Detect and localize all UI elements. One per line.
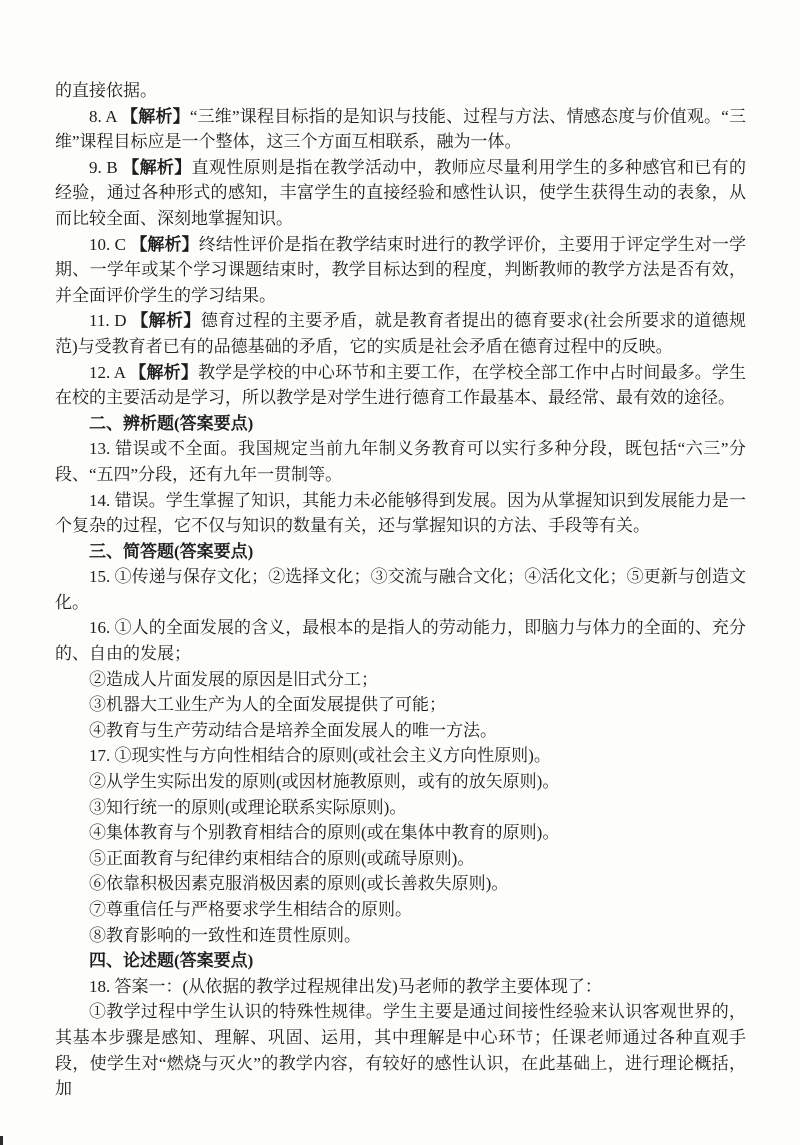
text-run: 17. ①现实性与方向性相结合的原则(或社会主义方向性原则)。 xyxy=(89,746,551,765)
text-run: 11. D xyxy=(89,311,131,330)
bold-text-run: 【解析】 xyxy=(131,311,201,330)
paragraph: 9. B 【解析】直观性原则是指在教学活动中，教师应尽量利用学生的多种感官和已有… xyxy=(55,155,746,232)
paragraph: ④集体教育与个别教育相结合的原则(或在集体中教育的原则)。 xyxy=(55,820,746,846)
paragraph: 10. C 【解析】终结性评价是指在教学结束时进行的教学评价，主要用于评定学生对… xyxy=(55,232,746,309)
paragraph: ⑧教育影响的一致性和连贯性原则。 xyxy=(55,923,746,949)
text-run: 的直接依据。 xyxy=(55,81,157,100)
bold-text-run: 二、辨析题(答案要点) xyxy=(89,414,253,433)
paragraph: 16. ①人的全面发展的含义，最根本的是指人的劳动能力，即脑力与体力的全面的、充… xyxy=(55,615,746,666)
paragraph: ⑤正面教育与纪律约束相结合的原则(或疏导原则)。 xyxy=(55,846,746,872)
text-run: ③知行统一的原则(或理论联系实际原则)。 xyxy=(89,798,406,817)
paragraph: ②从学生实际出发的原则(或因材施教原则，或有的放矢原则)。 xyxy=(55,769,746,795)
paragraph: 的直接依据。 xyxy=(55,78,746,104)
paragraph: ③知行统一的原则(或理论联系实际原则)。 xyxy=(55,795,746,821)
section-heading: 四、论述题(答案要点) xyxy=(55,948,746,974)
paragraph: ⑦尊重信任与严格要求学生相结合的原则。 xyxy=(55,897,746,923)
text-run: 10. C xyxy=(89,235,130,254)
paragraph: 17. ①现实性与方向性相结合的原则(或社会主义方向性原则)。 xyxy=(55,743,746,769)
text-run: ⑦尊重信任与严格要求学生相结合的原则。 xyxy=(89,900,412,919)
text-run: ④教育与生产劳动结合是培养全面发展人的唯一方法。 xyxy=(89,721,497,740)
paragraph: 12. A 【解析】教学是学校的中心环节和主要工作，在学校全部工作中占时间最多。… xyxy=(55,360,746,411)
text-run: ⑥依靠积极因素克服消极因素的原则(或长善救失原则)。 xyxy=(89,874,508,893)
text-run: 9. B xyxy=(89,158,122,177)
text-run: ③机器大工业生产为人的全面发展提供了可能； xyxy=(89,695,446,714)
paragraph: ⑥依靠积极因素克服消极因素的原则(或长善救失原则)。 xyxy=(55,871,746,897)
paragraph: 18. 答案一：(从依据的教学过程规律出发)马老师的教学主要体现了： xyxy=(55,974,746,1000)
text-run: 13. 错误或不全面。我国规定当前九年制义务教育可以实行多种分段，既包括“六三”… xyxy=(55,439,746,484)
text-run: ①教学过程中学生认识的特殊性规律。学生主要是通过间接性经验来认识客观世界的，其基… xyxy=(55,1002,746,1098)
bold-text-run: 【解析】 xyxy=(129,363,198,382)
text-run: ④集体教育与个别教育相结合的原则(或在集体中教育的原则)。 xyxy=(89,823,559,842)
scanned-page: 的直接依据。8. A 【解析】“三维”课程目标指的是知识与技能、过程与方法、情感… xyxy=(0,0,800,1145)
paragraph: 13. 错误或不全面。我国规定当前九年制义务教育可以实行多种分段，既包括“六三”… xyxy=(55,436,746,487)
text-run: 18. 答案一：(从依据的教学过程规律出发)马老师的教学主要体现了： xyxy=(89,977,602,996)
bold-text-run: 【解析】 xyxy=(121,107,190,126)
document-body: 的直接依据。8. A 【解析】“三维”课程目标指的是知识与技能、过程与方法、情感… xyxy=(55,78,746,1102)
bold-text-run: 【解析】 xyxy=(122,158,191,177)
text-run: 8. A xyxy=(89,107,121,126)
paragraph: ④教育与生产劳动结合是培养全面发展人的唯一方法。 xyxy=(55,718,746,744)
text-run: ⑧教育影响的一致性和连贯性原则。 xyxy=(89,926,361,945)
bold-text-run: 三、简答题(答案要点) xyxy=(89,542,253,561)
paragraph: ③机器大工业生产为人的全面发展提供了可能； xyxy=(55,692,746,718)
paragraph: 8. A 【解析】“三维”课程目标指的是知识与技能、过程与方法、情感态度与价值观… xyxy=(55,104,746,155)
section-heading: 三、简答题(答案要点) xyxy=(55,539,746,565)
bold-text-run: 【解析】 xyxy=(130,235,198,254)
paragraph: ②造成人片面发展的原因是旧式分工； xyxy=(55,667,746,693)
paragraph: 11. D 【解析】德育过程的主要矛盾，就是教育者提出的德育要求(社会所要求的道… xyxy=(55,308,746,359)
text-run: ②造成人片面发展的原因是旧式分工； xyxy=(89,670,378,689)
text-run: ②从学生实际出发的原则(或因材施教原则，或有的放矢原则)。 xyxy=(89,772,559,791)
paragraph: 15. ①传递与保存文化；②选择文化；③交流与融合文化；④活化文化；⑤更新与创造… xyxy=(55,564,746,615)
text-run: 16. ①人的全面发展的含义，最根本的是指人的劳动能力，即脑力与体力的全面的、充… xyxy=(55,618,746,663)
text-run: 12. A xyxy=(89,363,129,382)
scan-artifact xyxy=(0,1136,3,1145)
paragraph: ①教学过程中学生认识的特殊性规律。学生主要是通过间接性经验来认识客观世界的，其基… xyxy=(55,999,746,1101)
text-run: 15. ①传递与保存文化；②选择文化；③交流与融合文化；④活化文化；⑤更新与创造… xyxy=(55,567,746,612)
paragraph: 14. 错误。学生掌握了知识，其能力未必能够得到发展。因为从掌握知识到发展能力是… xyxy=(55,488,746,539)
text-run: ⑤正面教育与纪律约束相结合的原则(或疏导原则)。 xyxy=(89,849,474,868)
text-run: 14. 错误。学生掌握了知识，其能力未必能够得到发展。因为从掌握知识到发展能力是… xyxy=(55,491,746,536)
bold-text-run: 四、论述题(答案要点) xyxy=(89,951,253,970)
section-heading: 二、辨析题(答案要点) xyxy=(55,411,746,437)
